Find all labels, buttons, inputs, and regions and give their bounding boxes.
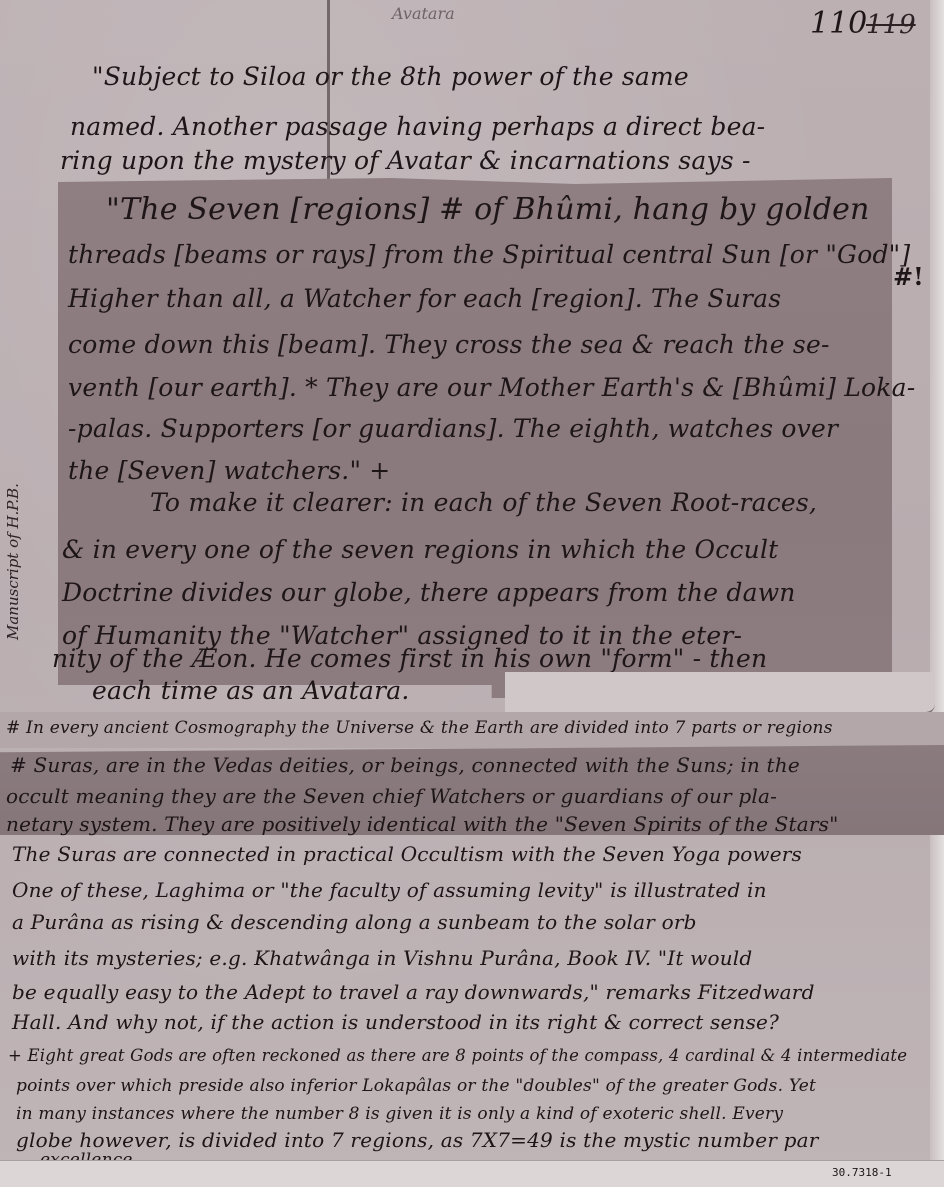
header-line-1: "Subject to Siloa or the 8th power of th… — [92, 62, 689, 91]
footnote-line-1: # In every ancient Cosmography the Unive… — [6, 718, 833, 738]
manuscript-page: Avatara 110 119 "Subject to Siloa or the… — [0, 0, 944, 1187]
footnote-line-13: in many instances where the number 8 is … — [16, 1104, 783, 1124]
slip-line-9: & in every one of the seven regions in w… — [62, 535, 778, 564]
light-paper-slip — [505, 672, 935, 714]
footnote-line-7: a Purâna as rising & descending along a … — [12, 910, 697, 934]
slip-line-4: come down this [beam]. They cross the se… — [68, 330, 830, 359]
footnote-line-2: # Suras, are in the Vedas deities, or be… — [10, 753, 800, 777]
footnote-line-4: netary system. They are positively ident… — [6, 812, 839, 836]
footnote-line-11: + Eight great Gods are often reckoned as… — [8, 1046, 907, 1065]
slip-line-3: Higher than all, a Watcher for each [reg… — [68, 284, 781, 313]
slip-line-7: the [Seven] watchers." + — [68, 456, 390, 485]
page-number: 110 — [810, 6, 867, 41]
margin-attribution: Manuscript of H.P.B. — [4, 483, 22, 640]
page-edge — [930, 0, 944, 1187]
footnote-line-6: One of these, Laghima or "the faculty of… — [12, 878, 767, 902]
footnote-line-8: with its mysteries; e.g. Khatwânga in Vi… — [12, 946, 752, 970]
footnote-line-14: globe however, is divided into 7 regions… — [16, 1128, 819, 1152]
slip-line-6: -palas. Supporters [or guardians]. The e… — [68, 414, 838, 443]
footnote-line-9: be equally easy to the Adept to travel a… — [12, 980, 815, 1004]
slip-line-10: Doctrine divides our globe, there appear… — [62, 578, 796, 607]
top-note: Avatara — [392, 4, 455, 23]
footnote-line-3: occult meaning they are the Seven chief … — [6, 784, 777, 808]
struck-page-number: 119 — [866, 10, 916, 40]
bottom-strip — [0, 1160, 944, 1187]
slip-line-2: threads [beams or rays] from the Spiritu… — [68, 240, 910, 269]
footnote-line-12: points over which preside also inferior … — [16, 1076, 816, 1096]
slip-line-1: "The Seven [regions] # of Bhûmi, hang by… — [106, 192, 870, 227]
slip-line-8: To make it clearer: in each of the Seven… — [150, 488, 817, 517]
footnote-line-5: The Suras are connected in practical Occ… — [12, 842, 802, 866]
slip-line-12: nity of the Æon. He comes first in his o… — [52, 644, 767, 673]
header-line-3: ring upon the mystery of Avatar & incarn… — [60, 146, 751, 175]
footnote-line-10: Hall. And why not, if the action is unde… — [12, 1010, 779, 1034]
archive-number: 30.7318-1 — [832, 1166, 892, 1179]
slip-line-5: venth [our earth]. * They are our Mother… — [68, 373, 915, 402]
slip-line-13: each time as an Avatara. — [92, 676, 410, 705]
header-line-2: named. Another passage having perhaps a … — [70, 112, 765, 141]
